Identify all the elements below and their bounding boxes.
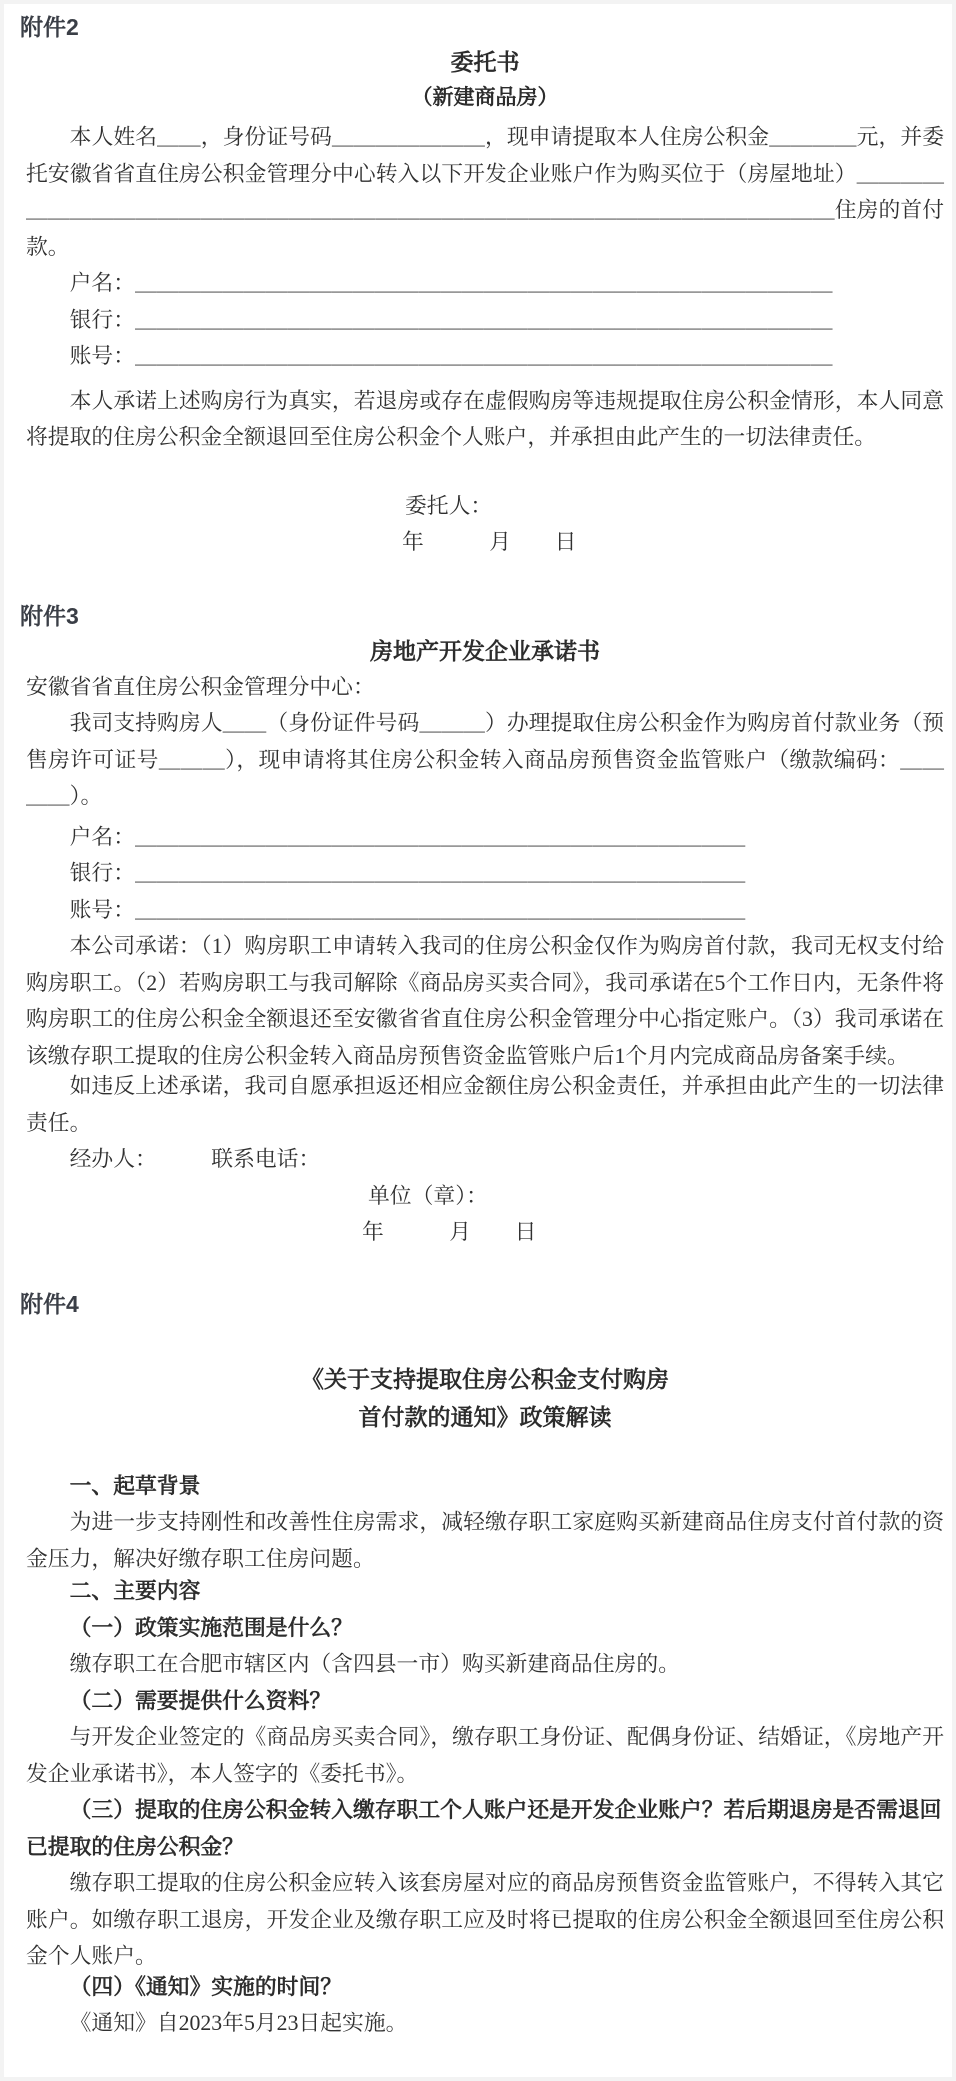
attachment2-subtitle: （新建商品房） [26, 80, 944, 116]
attachment4-section1-paragraph: 为进一步支持刚性和改善性住房需求，减轻缴存职工家庭购买新建商品住房支付首付款的资… [26, 1504, 944, 1577]
attachment2-paragraph-2: 本人承诺上述购房行为真实，若退房或存在虚假购房等违规提取住房公积金情形，本人同意… [26, 383, 944, 456]
attachment3-paragraph-2: 本公司承诺：（1）购房职工申请转入我司的住房公积金仅作为购房首付款，我司无权支付… [26, 928, 944, 1074]
attachment3-account-number-row: 账号：＿＿＿＿＿＿＿＿＿＿＿＿＿＿＿＿＿＿＿＿＿＿＿＿＿＿＿＿ [26, 892, 944, 929]
attachment4-label: 附件4 [20, 1287, 944, 1321]
attachment4-answer-4: 《通知》自2023年5月23日起实施。 [26, 2005, 944, 2042]
attachment2-account-name-row: 户名：＿＿＿＿＿＿＿＿＿＿＿＿＿＿＿＿＿＿＿＿＿＿＿＿＿＿＿＿＿＿＿＿ [26, 265, 944, 302]
attachment3-label: 附件3 [20, 599, 944, 633]
attachment4-title-line1: 《关于支持提取住房公积金支付购房 [26, 1360, 944, 1398]
attachment4-title-line2: 首付款的通知》政策解读 [26, 1398, 944, 1436]
attachment2-bank-row: 银行：＿＿＿＿＿＿＿＿＿＿＿＿＿＿＿＿＿＿＿＿＿＿＿＿＿＿＿＿＿＿＿＿ [26, 302, 944, 339]
attachment4-answer-1: 缴存职工在合肥市辖区内（含四县一市）购买新建商品住房的。 [26, 1646, 944, 1683]
attachment4-answer-3: 缴存职工提取的住房公积金应转入该套房屋对应的商品房预售资金监管账户，不得转入其它… [26, 1865, 944, 1975]
attachment2-section: 附件2 委托书 （新建商品房） 本人姓名＿＿，身份证号码＿＿＿＿＿＿＿，现申请提… [26, 10, 944, 561]
attachment4-question-1: （一）政策实施范围是什么？ [26, 1610, 944, 1647]
attachment3-account-name-row: 户名：＿＿＿＿＿＿＿＿＿＿＿＿＿＿＿＿＿＿＿＿＿＿＿＿＿＿＿＿ [26, 819, 944, 856]
attachment2-title: 委托书 [26, 44, 944, 80]
attachment3-title: 房地产开发企业承诺书 [26, 633, 944, 669]
attachment2-signer-label: 委托人： [26, 488, 944, 525]
attachment4-section2-heading: 二、主要内容 [26, 1573, 944, 1610]
attachment2-account-number-row: 账号：＿＿＿＿＿＿＿＿＿＿＿＿＿＿＿＿＿＿＿＿＿＿＿＿＿＿＿＿＿＿＿＿ [26, 338, 944, 375]
attachment3-bank-row: 银行：＿＿＿＿＿＿＿＿＿＿＿＿＿＿＿＿＿＿＿＿＿＿＿＿＿＿＿＿ [26, 855, 944, 892]
attachment2-date-line: 年 月 日 [26, 524, 944, 561]
document-page: 附件2 委托书 （新建商品房） 本人姓名＿＿，身份证号码＿＿＿＿＿＿＿，现申请提… [0, 0, 956, 2081]
attachment2-label: 附件2 [20, 10, 944, 44]
attachment4-section1-heading: 一、起草背景 [26, 1468, 944, 1505]
attachment3-salutation: 安徽省省直住房公积金管理分中心： [26, 669, 944, 706]
attachment4-question-3: （三）提取的住房公积金转入缴存职工个人账户还是开发企业账户？若后期退房是否需退回… [26, 1792, 944, 1865]
attachment4-question-4: （四）《通知》实施的时间？ [26, 1969, 944, 2006]
attachment2-paragraph-1: 本人姓名＿＿，身份证号码＿＿＿＿＿＿＿，现申请提取本人住房公积金＿＿＿＿元，并委… [26, 119, 944, 265]
attachment3-section: 附件3 房地产开发企业承诺书 安徽省省直住房公积金管理分中心： 我司支持购房人＿… [26, 599, 944, 1251]
attachment3-handler-line: 经办人： 联系电话： [26, 1141, 944, 1178]
attachment3-date-line: 年 月 日 [26, 1214, 944, 1251]
attachment3-paragraph-1: 我司支持购房人＿＿（身份证件号码＿＿＿）办理提取住房公积金作为购房首付款业务（预… [26, 705, 944, 815]
attachment4-section: 附件4 《关于支持提取住房公积金支付购房 首付款的通知》政策解读 一、起草背景 … [26, 1287, 944, 2042]
attachment3-paragraph-3: 如违反上述承诺，我司自愿承担返还相应金额住房公积金责任，并承担由此产生的一切法律… [26, 1068, 944, 1141]
attachment4-question-2: （二）需要提供什么资料？ [26, 1683, 944, 1720]
attachment3-seal-label: 单位（章）： [26, 1178, 944, 1215]
attachment4-answer-2: 与开发企业签定的《商品房买卖合同》，缴存职工身份证、配偶身份证、结婚证，《房地产… [26, 1719, 944, 1792]
